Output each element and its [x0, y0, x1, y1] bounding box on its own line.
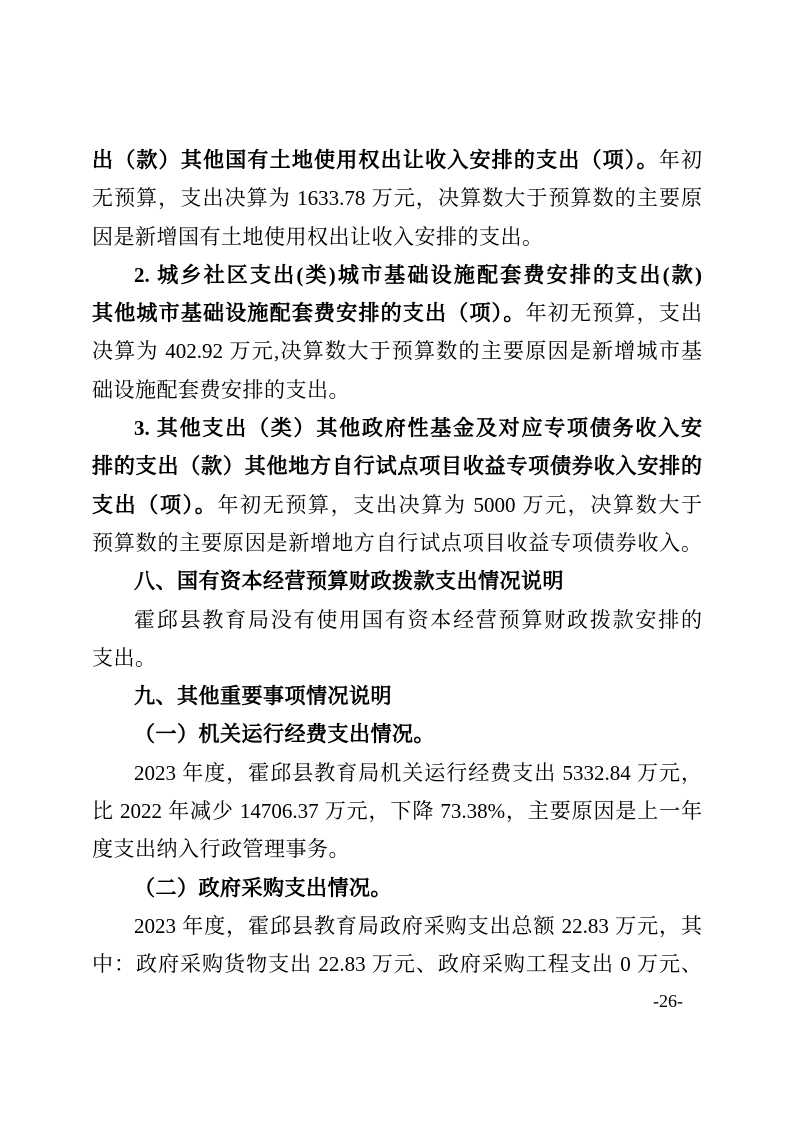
text-line: （二）政府采购支出情况。 [92, 869, 702, 907]
text-line: 中：政府采购货物支出 22.83 万元、政府采购工程支出 0 万元、 [92, 945, 702, 983]
text-line: 支出。 [92, 639, 702, 677]
text-run-bold: 3. 其他支出（类）其他政府性基金及对应专项债务收入安 [134, 416, 702, 440]
text-run-subheading: （二）政府采购支出情况。 [134, 876, 392, 900]
text-line: 九、其他重要事项情况说明 [92, 677, 702, 715]
text-line: 决算为 402.92 万元,决算数大于预算数的主要原因是新增城市基 [92, 332, 702, 370]
text-run-bold: 其他城市基础设施配套费安排的支出（项）。 [92, 301, 526, 325]
text-line: 八、国有资本经营预算财政拨款支出情况说明 [92, 562, 702, 600]
text-line: 2023 年度，霍邱县教育局机关运行经费支出 5332.84 万元， [92, 754, 702, 792]
text-line: 因是新增国有土地使用权出让收入安排的支出。 [92, 218, 702, 256]
text-line: （一）机关运行经费支出情况。 [92, 715, 702, 753]
text-run-bold: 支出（项）。 [92, 493, 217, 517]
text-run-regular: 础设施配套费安排的支出。 [92, 378, 350, 402]
text-line: 预算数的主要原因是新增地方自行试点项目收益专项债券收入。 [92, 524, 702, 562]
text-run-regular: 比 2022 年减少 14706.37 万元，下降 73.38%，主要原因是上一… [92, 799, 702, 823]
text-run-bold: 2. 城乡社区支出(类)城市基础设施配套费安排的支出(款) [134, 263, 702, 287]
text-line: 排的支出（款）其他地方自行试点项目收益专项债券收入安排的 [92, 447, 702, 485]
text-line: 比 2022 年减少 14706.37 万元，下降 73.38%，主要原因是上一… [92, 792, 702, 830]
text-line: 支出（项）。年初无预算，支出决算为 5000 万元，决算数大于 [92, 486, 702, 524]
text-run-regular: 年初无预算，支出决算为 5000 万元，决算数大于 [217, 493, 702, 517]
text-line: 2. 城乡社区支出(类)城市基础设施配套费安排的支出(款) [92, 256, 702, 294]
text-run-bold: 排的支出（款）其他地方自行试点项目收益专项债券收入安排的 [92, 454, 702, 478]
text-line: 霍邱县教育局没有使用国有资本经营预算财政拨款安排的 [92, 601, 702, 639]
text-run-subheading: （一）机关运行经费支出情况。 [134, 722, 435, 746]
text-line: 无预算，支出决算为 1633.78 万元，决算数大于预算数的主要原 [92, 179, 702, 217]
text-run-bold: 出（款）其他国有土地使用权出让收入安排的支出（项）。 [92, 148, 659, 172]
text-run-heading: 九、其他重要事项情况说明 [134, 685, 392, 708]
text-run-regular: 中：政府采购货物支出 22.83 万元、政府采购工程支出 0 万元、 [92, 952, 702, 976]
text-run-regular: 霍邱县教育局没有使用国有资本经营预算财政拨款安排的 [134, 608, 702, 632]
text-line: 础设施配套费安排的支出。 [92, 371, 702, 409]
text-run-regular: 2023 年度，霍邱县教育局政府采购支出总额 22.83 万元，其 [134, 914, 702, 938]
text-run-regular: 2023 年度，霍邱县教育局机关运行经费支出 5332.84 万元， [134, 761, 702, 785]
document-page: 出（款）其他国有土地使用权出让收入安排的支出（项）。年初无预算，支出决算为 16… [0, 0, 793, 1122]
page-number: -26- [653, 991, 683, 1011]
text-run-regular: 决算为 402.92 万元,决算数大于预算数的主要原因是新增城市基 [92, 339, 702, 363]
text-run-regular: 预算数的主要原因是新增地方自行试点项目收益专项债券收入。 [92, 531, 702, 555]
text-line: 度支出纳入行政管理事务。 [92, 830, 702, 868]
text-run-regular: 年初无预算，支出 [526, 301, 702, 325]
text-run-regular: 支出。 [92, 646, 157, 670]
text-line: 其他城市基础设施配套费安排的支出（项）。年初无预算，支出 [92, 294, 702, 332]
text-run-heading: 八、国有资本经营预算财政拨款支出情况说明 [134, 570, 564, 593]
text-run-regular: 因是新增国有土地使用权出让收入安排的支出。 [92, 225, 544, 249]
text-line: 出（款）其他国有土地使用权出让收入安排的支出（项）。年初 [92, 141, 702, 179]
text-line: 2023 年度，霍邱县教育局政府采购支出总额 22.83 万元，其 [92, 907, 702, 945]
document-body: 出（款）其他国有土地使用权出让收入安排的支出（项）。年初无预算，支出决算为 16… [92, 141, 702, 984]
text-run-regular: 度支出纳入行政管理事务。 [92, 837, 350, 861]
text-run-regular: 无预算，支出决算为 1633.78 万元，决算数大于预算数的主要原 [92, 186, 702, 210]
text-run-regular: 年初 [659, 148, 702, 172]
text-line: 3. 其他支出（类）其他政府性基金及对应专项债务收入安 [92, 409, 702, 447]
